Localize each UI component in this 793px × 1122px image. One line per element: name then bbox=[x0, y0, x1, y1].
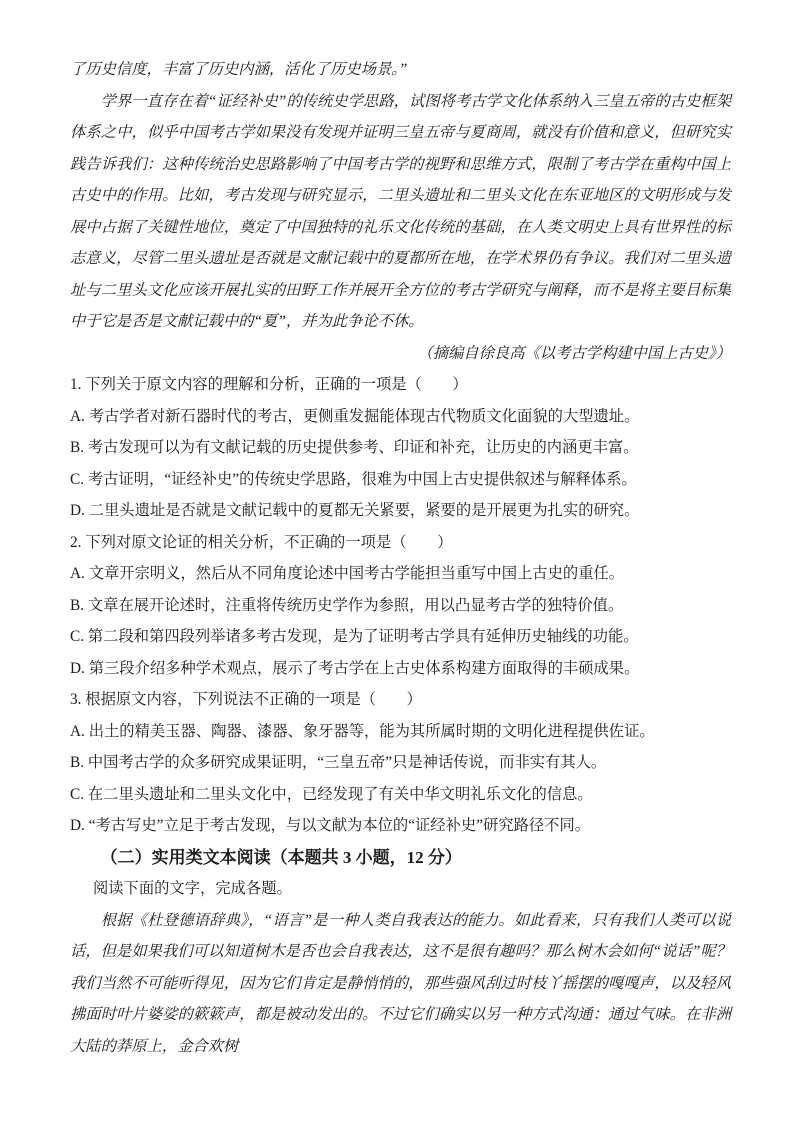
question-block-3: 3. 根据原文内容，下列说法不正确的一项是（ ） A. 出土的精美玉器、陶器、漆… bbox=[70, 684, 731, 842]
question-1-option-a: A. 考古学者对新石器时代的考古，更侧重发掘能体现古代物质文化面貌的大型遗址。 bbox=[70, 401, 731, 433]
question-2-option-c: C. 第二段和第四段列举诸多考古发现，是为了证明考古学具有延伸历史轴线的功能。 bbox=[70, 621, 731, 653]
reading-instruction: 阅读下面的文字，完成各题。 bbox=[70, 873, 731, 905]
question-2-option-a: A. 文章开宗明义，然后从不同角度论述中国考古学能担当重写中国上古史的重任。 bbox=[70, 558, 731, 590]
passage1-paragraph: 学界一直存在着“证经补史”的传统史学思路，试图将考古学文化体系纳入三皇五帝的古史… bbox=[70, 86, 731, 338]
question-block-1: 1. 下列关于原文内容的理解和分析，正确的一项是（ ） A. 考古学者对新石器时… bbox=[70, 369, 731, 527]
exam-page: 了历史信度，丰富了历史内涵，活化了历史场景。” 学界一直存在着“证经补史”的传统… bbox=[0, 0, 793, 1122]
passage1-continuation-line: 了历史信度，丰富了历史内涵，活化了历史场景。” bbox=[70, 54, 731, 86]
question-3-option-c: C. 在二里头遗址和二里头文化中，已经发现了有关中华文明礼乐文化的信息。 bbox=[70, 779, 731, 811]
question-1-option-c: C. 考古证明，“证经补史”的传统史学思路，很难为中国上古史提供叙述与解释体系。 bbox=[70, 464, 731, 496]
section-2-heading: （二）实用类文本阅读（本题共 3 小题，12 分） bbox=[70, 842, 731, 874]
question-3-option-a: A. 出土的精美玉器、陶器、漆器、象牙器等，能为其所属时期的文明化进程提供佐证。 bbox=[70, 716, 731, 748]
passage2-paragraph: 根据《杜登德语辞典》，“语言”是一种人类自我表达的能力。如此看来，只有我们人类可… bbox=[70, 905, 731, 1063]
question-2-stem: 2. 下列对原文论证的相关分析，不正确的一项是（ ） bbox=[70, 527, 731, 559]
passage1-source-attribution: （摘编自徐良高《以考古学构建中国上古史》） bbox=[70, 338, 731, 370]
question-3-option-d: D. “考古写史”立足于考古发现，与以文献为本位的“证经补史”研究路径不同。 bbox=[70, 810, 731, 842]
question-1-stem: 1. 下列关于原文内容的理解和分析，正确的一项是（ ） bbox=[70, 369, 731, 401]
question-2-option-b: B. 文章在展开论述时，注重将传统历史学作为参照，用以凸显考古学的独特价值。 bbox=[70, 590, 731, 622]
question-1-option-d: D. 二里头遗址是否就是文献记载中的夏都无关紧要，紧要的是开展更为扎实的研究。 bbox=[70, 495, 731, 527]
question-2-option-d: D. 第三段介绍多种学术观点，展示了考古学在上古史体系构建方面取得的丰硕成果。 bbox=[70, 653, 731, 685]
question-block-2: 2. 下列对原文论证的相关分析，不正确的一项是（ ） A. 文章开宗明义，然后从… bbox=[70, 527, 731, 685]
question-3-option-b: B. 中国考古学的众多研究成果证明，“三皇五帝”只是神话传说，而非实有其人。 bbox=[70, 747, 731, 779]
question-3-stem: 3. 根据原文内容，下列说法不正确的一项是（ ） bbox=[70, 684, 731, 716]
question-1-option-b: B. 考古发现可以为有文献记载的历史提供参考、印证和补充，让历史的内涵更丰富。 bbox=[70, 432, 731, 464]
